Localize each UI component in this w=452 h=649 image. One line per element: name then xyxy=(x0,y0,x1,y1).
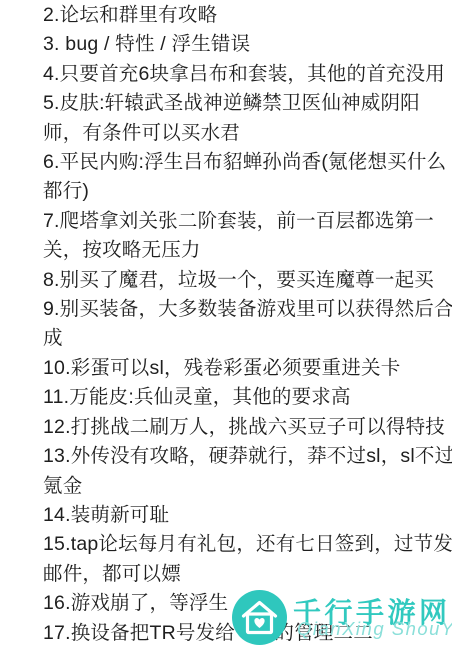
list-item: 15.tap论坛每月有礼包，还有七日签到，过节发 邮件，都可以嫖 xyxy=(43,530,452,589)
list-item: 9.别买装备，大多数装备游戏里可以获得然后合 成 xyxy=(43,295,452,354)
list-item: 12.打挑战二刷万人，挑战六买豆子可以得特技 xyxy=(43,413,452,442)
list-item: 16.游戏崩了，等浮生 xyxy=(43,589,452,618)
list-item: 11.万能皮:兵仙灵童，其他的要求高 xyxy=(43,383,452,412)
list-item: 7.爬塔拿刘关张二阶套装，前一百层都选第一 关，按攻略无压力 xyxy=(43,207,452,266)
tips-list: 2.论坛和群里有攻略 3. bug / 特性 / 浮生错误 4.只要首充6块拿吕… xyxy=(43,1,452,648)
list-item: 10.彩蛋可以sl，残卷彩蛋必须要重进关卡 xyxy=(43,354,452,383)
list-item: 6.平民内购:浮生吕布貂蝉孙尚香(氪佬想买什么 都行) xyxy=(43,148,452,207)
list-item: 4.只要首充6块拿吕布和套装，其他的首充没用 xyxy=(43,60,452,89)
list-item: 14.装萌新可耻 xyxy=(43,501,452,530)
list-item: 3. bug / 特性 / 浮生错误 xyxy=(43,30,452,59)
list-item: 5.皮肤:轩辕武圣战神逆鳞禁卫医仙神威阴阳 师，有条件可以买水君 xyxy=(43,89,452,148)
list-item: 2.论坛和群里有攻略 xyxy=(43,1,452,30)
list-item: 17.换设备把TR号发给 的管理二二 xyxy=(43,619,452,648)
list-item: 8.别买了魔君，垃圾一个，要买连魔尊一起买 xyxy=(43,266,452,295)
page: 2.论坛和群里有攻略 3. bug / 特性 / 浮生错误 4.只要首充6块拿吕… xyxy=(0,0,452,649)
list-item: 13.外传没有攻略，硬莽就行，莽不过sl，sl不过 氪金 xyxy=(43,442,452,501)
